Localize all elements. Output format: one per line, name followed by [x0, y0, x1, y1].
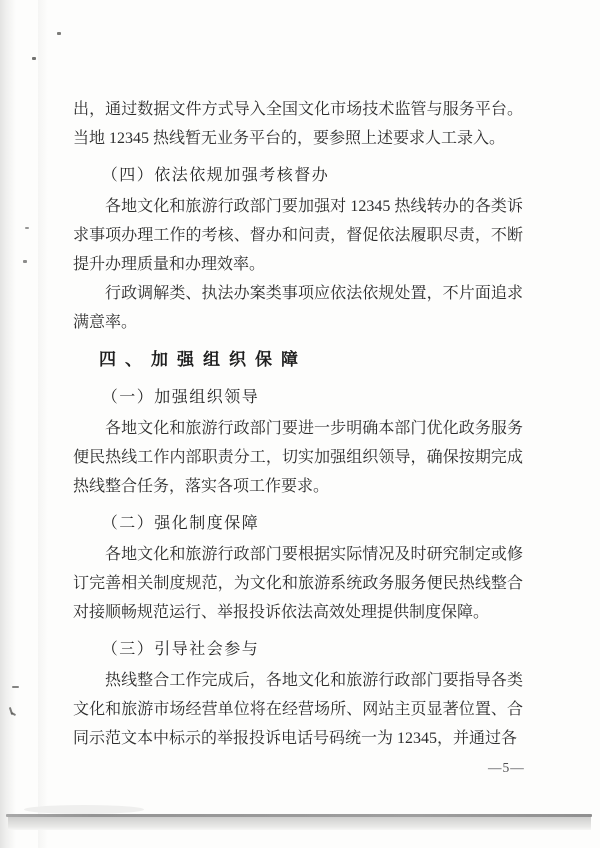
body-paragraph: 各地文化和旅游行政部门要根据实际情况及时研究制定或修订完善相关制度规范，为文化和… — [73, 540, 523, 627]
scan-speck — [25, 227, 29, 229]
page-number: —5— — [488, 760, 525, 776]
scan-bottom-edge-band — [8, 817, 591, 830]
body-paragraph: 各地文化和旅游行政部门要进一步明确本部门优化政务服务便民热线工作内部职责分工，切… — [73, 414, 523, 501]
scan-speck — [12, 686, 19, 688]
scan-speck — [57, 32, 61, 35]
subsection-heading-2: （二）强化制度保障 — [73, 509, 523, 538]
body-paragraph: 热线整合工作完成后，各地文化和旅游行政部门要指导各类文化和旅游市场经营单位将在经… — [73, 666, 523, 753]
scan-smudge — [24, 805, 144, 814]
scan-speck — [32, 57, 36, 60]
document-page: 出，通过数据文件方式导入全国文化市场技术监管与服务平台。当地 12345 热线暂… — [73, 95, 523, 753]
body-paragraph-continuation: 出，通过数据文件方式导入全国文化市场技术监管与服务平台。当地 12345 热线暂… — [73, 95, 523, 153]
subsection-heading-3: （三）引导社会参与 — [73, 635, 523, 664]
subsection-heading-1: （一）加强组织领导 — [73, 383, 523, 412]
scan-left-edge-shadow — [0, 0, 16, 848]
scan-paper-texture — [38, 0, 48, 848]
subsection-heading-4: （四）依法依规加强考核督办 — [73, 161, 523, 190]
body-paragraph: 行政调解类、执法办案类事项应依法依规处置，不片面追求满意率。 — [73, 279, 523, 337]
body-paragraph: 各地文化和旅游行政部门要加强对 12345 热线转办的各类诉求事项办理工作的考核… — [73, 192, 523, 279]
section-heading-organizational-support: 四、加强组织保障 — [73, 346, 523, 375]
scan-speck — [23, 260, 27, 263]
